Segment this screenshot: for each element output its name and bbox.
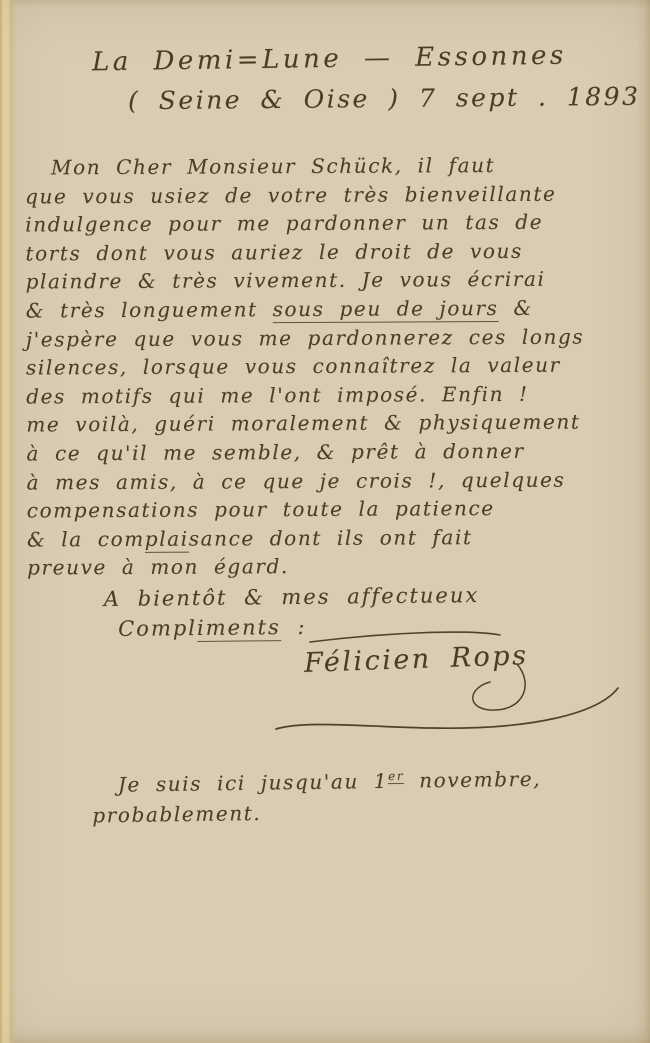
- body-line-4: torts dont vous auriez le droit de vous: [25, 236, 583, 268]
- letter-page: La Demi=Lune — Essonnes ( Seine & Oise )…: [0, 0, 650, 1043]
- body-line-1: Mon Cher Monsieur Schück, il faut: [25, 151, 583, 183]
- body-line-12: à mes amis, à ce que je crois !, quelque…: [27, 465, 585, 497]
- body-line-14: & la complaisance dont ils ont fait: [27, 522, 585, 554]
- closing-underlined: iments: [197, 615, 281, 642]
- body-line-11: à ce qu'il me semble, & prêt à donner: [26, 436, 584, 468]
- closing-line-2: Compliments :: [118, 610, 480, 644]
- body-line-2: que vous usiez de votre très bienveillan…: [25, 179, 583, 211]
- body-line-7: j'espère que vous me pardonnerez ces lon…: [26, 322, 584, 354]
- body-line-6-post: &: [498, 296, 533, 320]
- body-line-6: & très longuement sous peu de jours &: [26, 294, 584, 326]
- underlined-syllable: plai: [145, 526, 189, 552]
- body-line-8: silences, lorsque vous connaîtrez la val…: [26, 351, 584, 383]
- body-line-6-pre: & très longuement: [26, 297, 273, 322]
- closing-line-2-post: :: [281, 615, 307, 639]
- letter-body: Mon Cher Monsieur Schück, il faut que vo…: [25, 151, 586, 583]
- body-line-14-pre: & la com: [27, 527, 145, 552]
- postscript-line-1-pre: Je suis ici jusqu'au 1: [118, 769, 389, 797]
- underlined-phrase: sous peu de jours: [273, 296, 499, 323]
- postscript-line-1-post: novembre,: [404, 767, 541, 793]
- body-line-5: plaindre & très vivement. Je vous écrira…: [25, 265, 583, 297]
- body-line-13: compensations pour toute la patience: [27, 494, 585, 526]
- letterhead-place: La Demi=Lune — Essonnes: [92, 41, 567, 78]
- ordinal-superscript: er: [388, 769, 404, 784]
- postscript: Je suis ici jusqu'au 1er novembre, proba…: [118, 759, 542, 830]
- postscript-line-2: probablement.: [92, 794, 542, 830]
- closing-line-1: A bientôt & mes affectueux: [104, 580, 480, 614]
- closing-line-2-pre: Compl: [118, 616, 197, 641]
- closing: A bientôt & mes affectueux Compliments :: [104, 580, 480, 644]
- body-line-10: me voilà, guéri moralement & physiquemen…: [26, 408, 584, 440]
- body-line-9: des motifs qui me l'ont imposé. Enfin !: [26, 379, 584, 411]
- signature: Félicien Rops: [304, 640, 529, 679]
- letterhead-date: ( Seine & Oise ) 7 sept . 1893: [128, 82, 641, 115]
- body-line-14-post: sance dont ils ont fait: [189, 525, 473, 550]
- body-line-15: preuve à mon égard.: [27, 551, 585, 583]
- body-line-3: indulgence pour me pardonner un tas de: [25, 208, 583, 240]
- postscript-line-1: Je suis ici jusqu'au 1er novembre,: [118, 759, 542, 800]
